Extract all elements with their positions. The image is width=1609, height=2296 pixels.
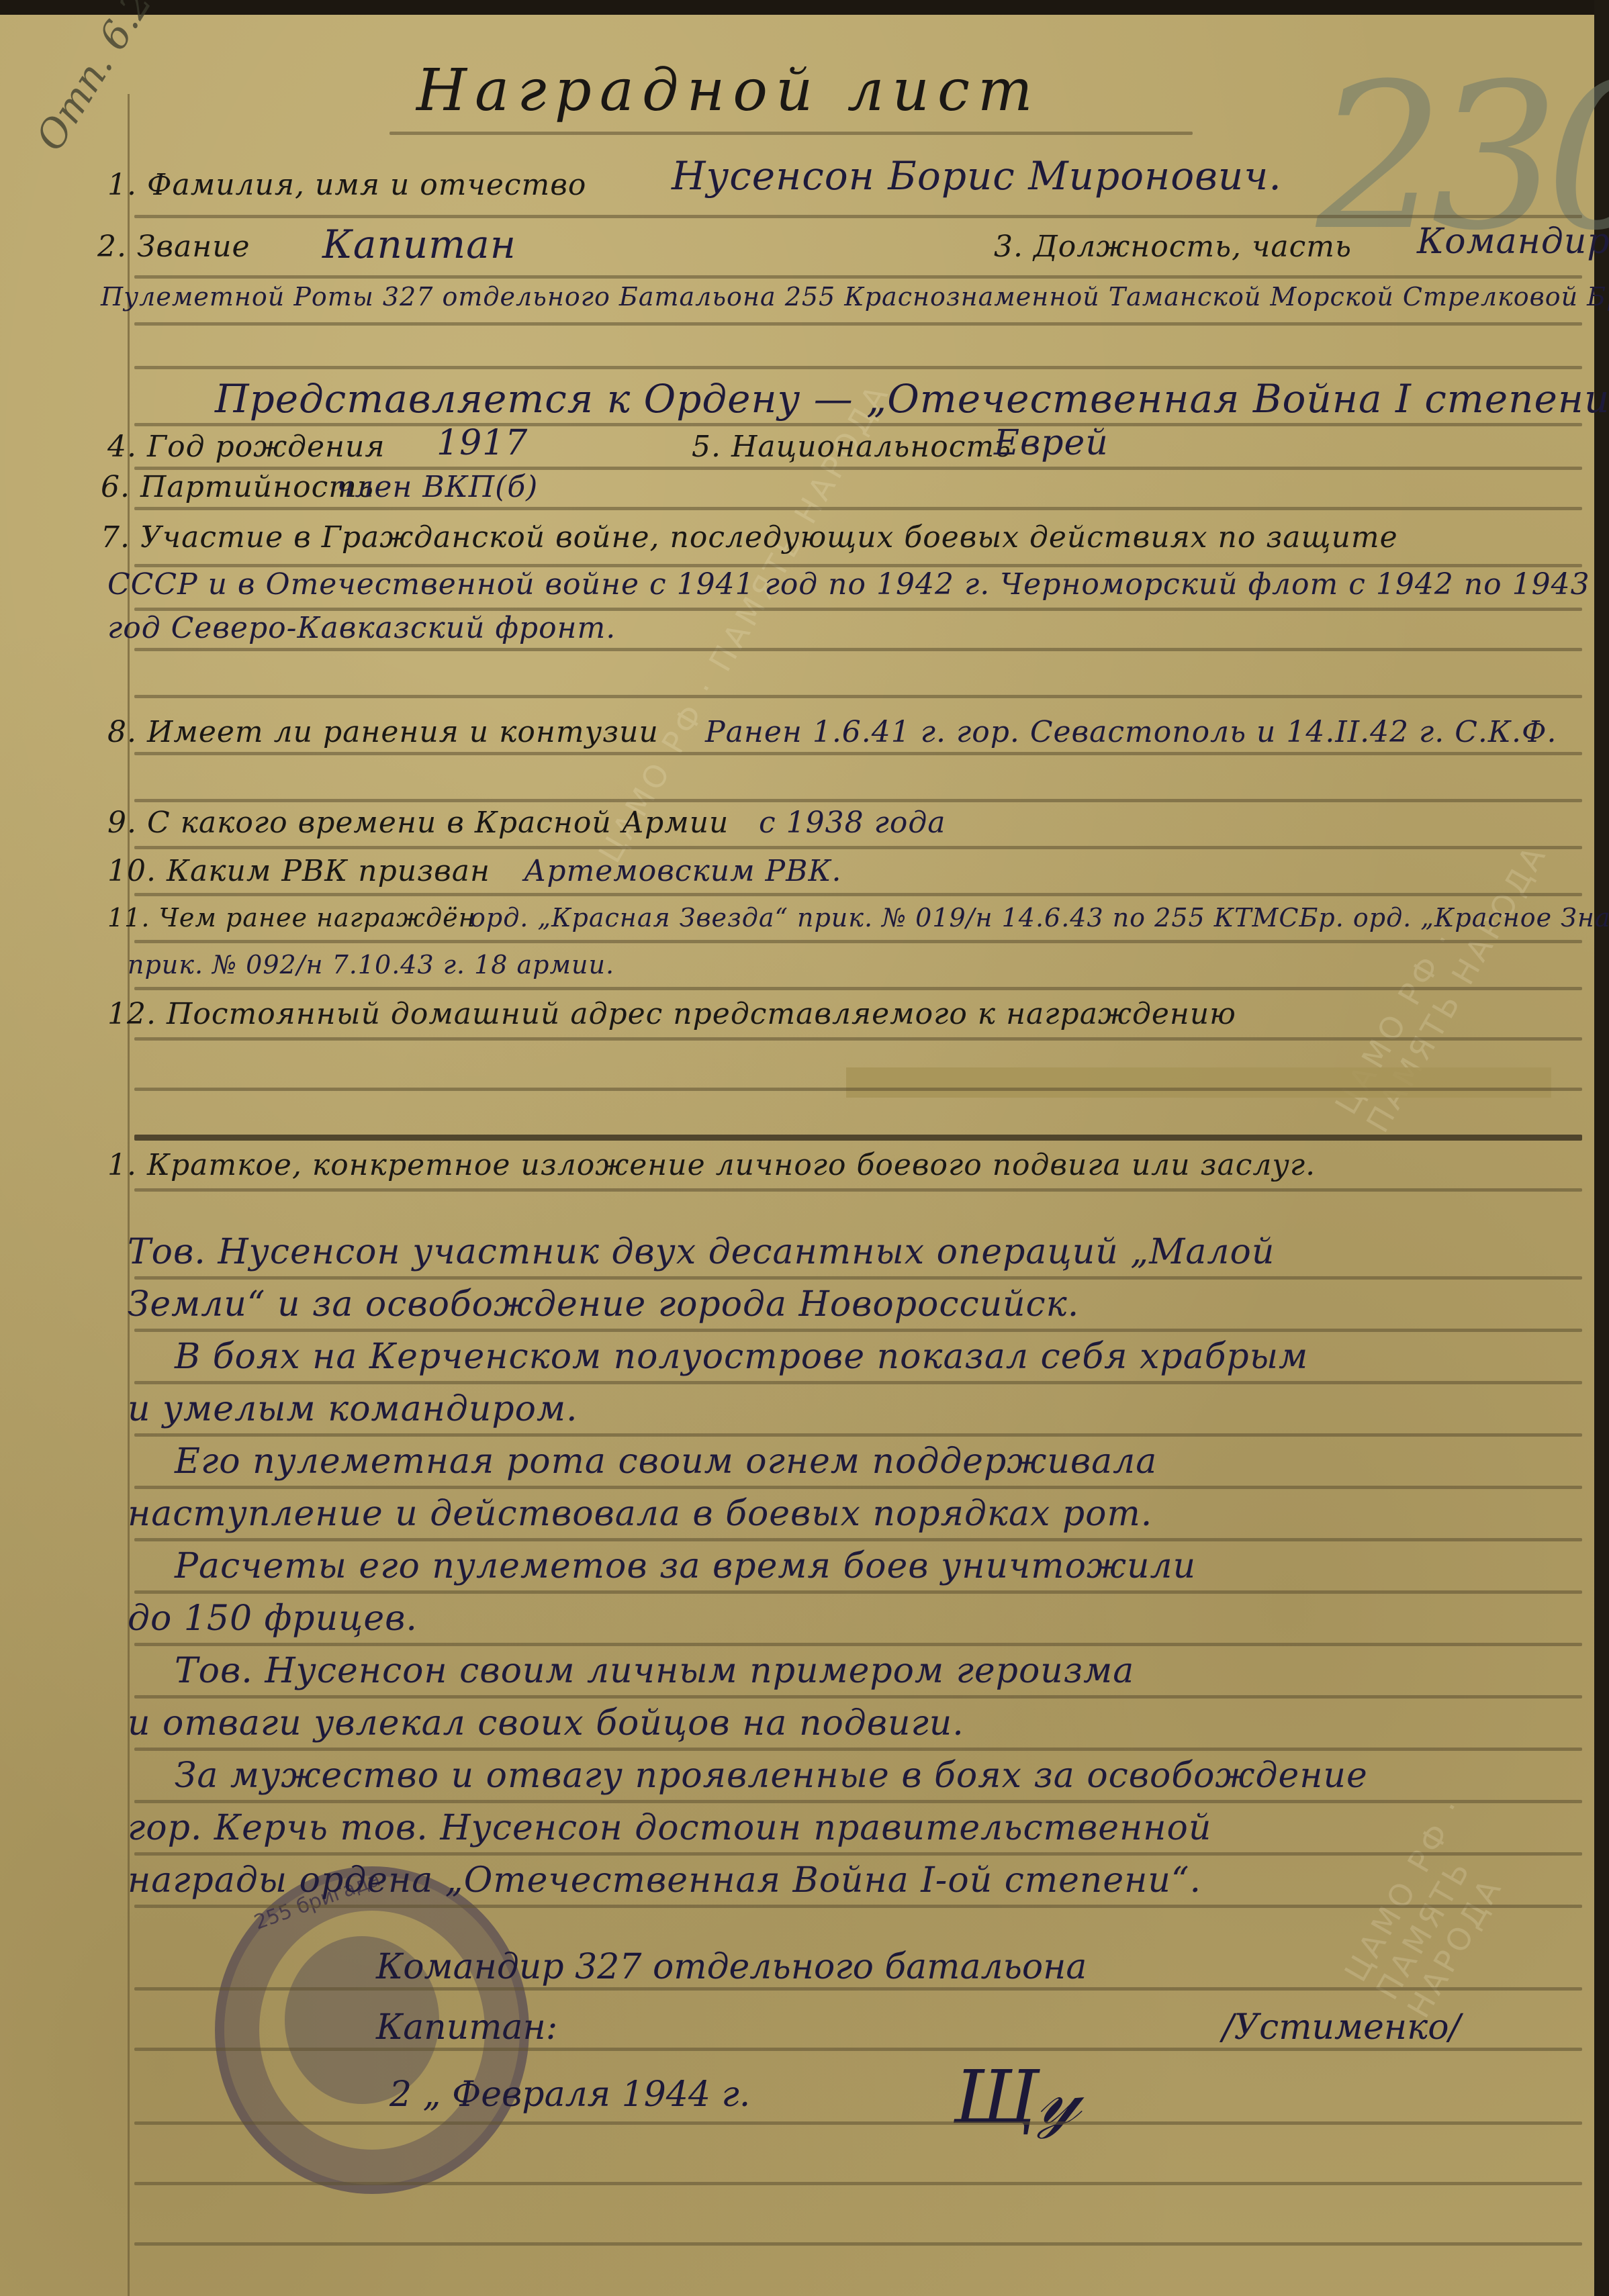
field-12-label: 12. Постоянный домашний адрес представля… xyxy=(107,997,1236,1031)
narrative-line: Тов. Нусенсон участник двух десантных оп… xyxy=(128,1232,1275,1272)
scan-top-edge xyxy=(0,0,1609,15)
field-4-label: 4. Год рождения xyxy=(107,430,385,464)
field-4-value: 1917 xyxy=(436,423,528,463)
rule xyxy=(134,1433,1582,1437)
narrative-line: За мужество и отвагу проявленные в боях … xyxy=(175,1756,1368,1796)
field-11-line-1: орд. „Красная Звезда“ прик. № 019/н 14.6… xyxy=(470,903,1609,932)
section-divider xyxy=(134,1135,1582,1141)
rule xyxy=(134,1329,1582,1332)
rule xyxy=(134,1643,1582,1646)
field-11-label: 11. Чем ранее награждён xyxy=(107,903,476,932)
rule xyxy=(134,1852,1582,1856)
field-5-label: 5. Национальность xyxy=(692,430,1011,464)
award-sheet-page: ЦАМО РФ · ПАМЯТЬ НАРОДА ЦАМО РФ · ПАМЯТЬ… xyxy=(0,0,1609,2296)
field-9-label: 9. С какого времени в Красной Армии xyxy=(107,806,729,840)
field-9-value: с 1938 года xyxy=(759,806,946,840)
rule xyxy=(134,2121,1582,2125)
rule xyxy=(134,1590,1582,1594)
rule xyxy=(134,987,1582,990)
rule xyxy=(134,1748,1582,1751)
field-3-value: Командир xyxy=(1417,222,1609,262)
rule xyxy=(134,648,1582,651)
narrative-line: и отваги увлекал своих бойцов на подвиги… xyxy=(128,1703,964,1743)
rule xyxy=(134,799,1582,802)
field-8-value: Ранен 1.6.41 г. гор. Севастополь и 14.II… xyxy=(705,715,1557,749)
rule xyxy=(134,893,1582,896)
rule xyxy=(134,215,1582,218)
rule xyxy=(134,1037,1582,1041)
commander-rank: Капитан: xyxy=(376,2007,557,2048)
narrative-line: Тов. Нусенсон своим личным примером геро… xyxy=(175,1651,1134,1691)
rule xyxy=(134,2182,1582,2185)
award-nomination: Представляется к Ордену — „Отечественная… xyxy=(215,376,1609,422)
narrative-line: гор. Керчь тов. Нусенсон достоин правите… xyxy=(128,1808,1211,1848)
narrative-line: Земли“ и за освобождение города Новоросс… xyxy=(128,1284,1079,1325)
rule xyxy=(134,1088,1582,1091)
field-11-line-2: прик. № 092/н 7.10.43 г. 18 армии. xyxy=(128,950,614,979)
narrative-line: награды ордена „Отечественная Война I-ой… xyxy=(128,1860,1201,1901)
rule xyxy=(134,752,1582,755)
rule xyxy=(134,1486,1582,1489)
rule xyxy=(134,507,1582,510)
rule xyxy=(134,423,1582,426)
narrative-line: до 150 фрицев. xyxy=(128,1598,418,1639)
field-2-label: 2. Звание xyxy=(97,230,250,264)
field-10-label: 10. Каким РВК призван xyxy=(107,854,490,888)
handwritten-signature: Щ𝓎 xyxy=(954,2054,1081,2142)
redacted-address xyxy=(846,1067,1551,1098)
narrative-line: Расчеты его пулеметов за время боев унич… xyxy=(175,1546,1196,1586)
field-3-value-cont: Пулеметной Роты 327 отдельного Батальона… xyxy=(101,282,1609,312)
rule xyxy=(134,275,1582,279)
scan-right-edge xyxy=(1594,0,1609,2296)
document-date: 2 „ Февраля 1944 г. xyxy=(389,2074,750,2115)
rule xyxy=(134,846,1582,849)
narrative-line: В боях на Керченском полуострове показал… xyxy=(175,1337,1308,1377)
rule xyxy=(134,695,1582,698)
rule xyxy=(389,132,1193,135)
narrative-line: Его пулеметная рота своим огнем поддержи… xyxy=(175,1441,1157,1482)
field-2-value: Капитан xyxy=(322,222,516,267)
rule xyxy=(134,2242,1582,2246)
field-1-label: 1. Фамилия, имя и отчество xyxy=(107,168,586,202)
margin-note: Отп. 6.2 стр. xyxy=(27,0,219,158)
rule xyxy=(134,1538,1582,1541)
rule xyxy=(134,1381,1582,1384)
rule xyxy=(134,1987,1582,1991)
page-title: Наградной лист xyxy=(416,57,1041,124)
field-1-value: Нусенсон Борис Миронович. xyxy=(672,153,1282,199)
field-6-label: 6. Партийность xyxy=(101,470,374,504)
rule xyxy=(134,1905,1582,1908)
field-7-line-3: год Северо-Кавказский фронт. xyxy=(107,611,616,645)
field-10-value: Артемовским РВК. xyxy=(524,854,842,888)
rule xyxy=(134,322,1582,326)
narrative-heading: 1. Краткое, конкретное изложение личного… xyxy=(107,1148,1316,1182)
rule xyxy=(134,1276,1582,1280)
field-7-line-2: СССР и в Отечественной войне с 1941 год … xyxy=(107,567,1590,602)
rule xyxy=(134,2048,1582,2051)
field-7-line-1: 7. Участие в Гражданской войне, последую… xyxy=(101,520,1398,555)
rule xyxy=(134,1800,1582,1803)
field-3-label: 3. Должность, часть xyxy=(994,230,1352,264)
commander-position: Командир 327 отдельного батальона xyxy=(376,1947,1087,1987)
commander-name: /Устименко/ xyxy=(1222,2007,1461,2048)
field-6-value: член ВКП(б) xyxy=(336,470,538,504)
field-5-value: Еврей xyxy=(994,423,1109,463)
rule xyxy=(134,1695,1582,1699)
rule xyxy=(134,1188,1582,1192)
rule xyxy=(134,366,1582,369)
field-8-label: 8. Имеет ли ранения и контузии xyxy=(107,715,659,749)
margin-rule xyxy=(128,94,130,2296)
rule xyxy=(134,940,1582,943)
narrative-line: и умелым командиром. xyxy=(128,1389,578,1429)
watermark: ЦАМО РФ · ПАМЯТЬ НАРОДА xyxy=(1337,1710,1581,2023)
narrative-line: наступление и действовала в боевых поряд… xyxy=(128,1494,1152,1534)
